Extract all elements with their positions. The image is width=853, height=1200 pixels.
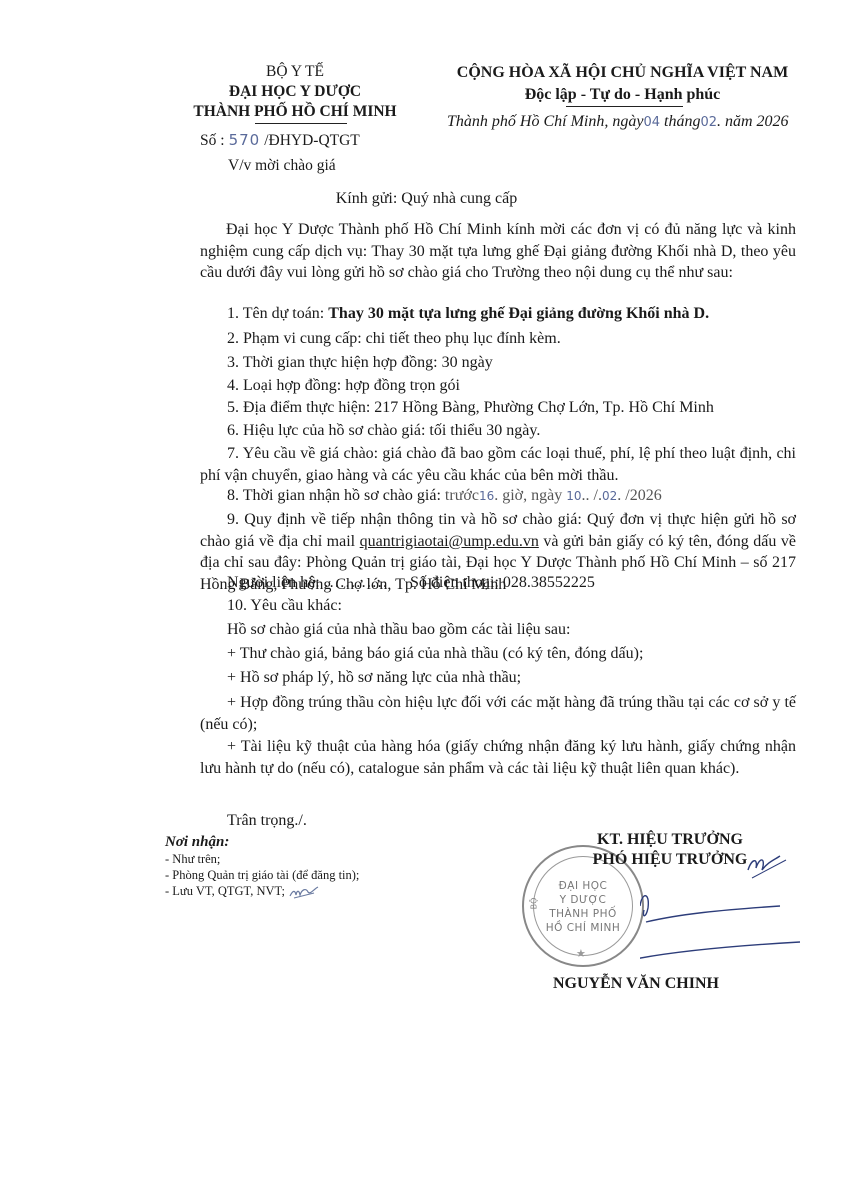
issuer-block: BỘ Y TẾ ĐẠI HỌC Y DƯỢC THÀNH PHỐ HỒ CHÍ … bbox=[170, 62, 420, 122]
salutation: Kính gửi: Quý nhà cung cấp bbox=[0, 190, 853, 208]
closing: Trân trọng./. bbox=[227, 812, 307, 830]
issuer-underline bbox=[255, 123, 347, 124]
document-number: Số :570/ĐHYD-QTGT bbox=[200, 131, 360, 150]
number-suffix: /ĐHYD-QTGT bbox=[264, 132, 360, 149]
document-req-1: + Thư chào giá, bảng báo giá của nhà thầ… bbox=[227, 645, 643, 663]
item-4: 4. Loại hợp đồng: hợp đồng trọn gói bbox=[227, 377, 460, 395]
item-1: 1. Tên dự toán: Thay 30 mặt tựa lưng ghế… bbox=[227, 305, 709, 323]
document-req-4: + Tài liệu kỹ thuật của hàng hóa (giấy c… bbox=[200, 736, 796, 779]
stamp-inner-ring: ĐẠI HỌC Y DƯỢC THÀNH PHỐ HỒ CHÍ MINH bbox=[533, 856, 633, 956]
stamp-line-1: ĐẠI HỌC bbox=[534, 879, 632, 893]
intro-paragraph: Đại học Y Dược Thành phố Hồ Chí Minh kín… bbox=[200, 219, 796, 284]
item-8: 8. Thời gian nhận hồ sơ chào giá: trước1… bbox=[227, 487, 662, 505]
month-label: tháng bbox=[664, 113, 700, 130]
university-name-line2-text: THÀNH PHỐ HỒ CHÍ MINH bbox=[193, 103, 396, 120]
stamp-text: ĐẠI HỌC Y DƯỢC THÀNH PHỐ HỒ CHÍ MINH bbox=[534, 879, 632, 935]
item-5: 5. Địa điểm thực hiện: 217 Hồng Bàng, Ph… bbox=[227, 399, 714, 417]
document-req-3: + Hợp đồng trúng thầu còn hiệu lực đối v… bbox=[200, 692, 796, 735]
item-2: 2. Phạm vi cung cấp: chi tiết theo phụ l… bbox=[227, 330, 561, 348]
recipient-line: - Như trên; bbox=[165, 851, 359, 867]
deadline-year: /2026 bbox=[625, 487, 661, 504]
item-6: 6. Hiệu lực của hồ sơ chào giá: tối thiể… bbox=[227, 422, 540, 440]
signature-title-line1: KT. HIỆU TRƯỞNG bbox=[550, 830, 790, 850]
handwritten-signature-icon bbox=[640, 848, 830, 968]
number-label: Số : bbox=[200, 132, 225, 149]
handwritten-month: 02 bbox=[700, 115, 717, 130]
recipient-line-text: - Lưu VT, QTGT, NVT; bbox=[165, 884, 285, 898]
star-icon: ★ bbox=[576, 947, 586, 960]
item-10: 10. Yêu cầu khác: bbox=[227, 597, 342, 615]
item-8-before: trước bbox=[445, 487, 479, 504]
motto-underline bbox=[566, 106, 683, 107]
handwritten-hour: 16 bbox=[479, 489, 494, 503]
national-header: CỘNG HÒA XÃ HỘI CHỦ NGHĨA VIỆT NAM Độc l… bbox=[430, 62, 815, 106]
stamp-line-3: THÀNH PHỐ bbox=[534, 907, 632, 921]
recipient-line: - Lưu VT, QTGT, NVT; bbox=[165, 883, 359, 899]
hour-label: . giờ, ngày bbox=[494, 487, 566, 504]
date-prefix: Thành phố Hồ Chí Minh, ngày bbox=[447, 113, 643, 130]
phone-number: Số điện thoại: 028.38552225 bbox=[410, 574, 595, 592]
date-line: Thành phố Hồ Chí Minh, ngày04 tháng02. n… bbox=[447, 113, 789, 131]
handwritten-number: 570 bbox=[225, 131, 265, 149]
contact-person: Người liên hệ: ………… bbox=[227, 574, 388, 592]
item-3: 3. Thời gian thực hiện hợp đồng: 30 ngày bbox=[227, 354, 493, 372]
document-req-2: + Hồ sơ pháp lý, hồ sơ năng lực của nhà … bbox=[227, 669, 521, 687]
item-7: 7. Yêu cầu về giá chào: giá chào đã bao … bbox=[200, 443, 796, 486]
ministry-name: BỘ Y TẾ bbox=[170, 62, 420, 82]
recipient-line: - Phòng Quản trị giáo tài (để đăng tin); bbox=[165, 867, 359, 883]
initials-signature-icon bbox=[288, 885, 320, 899]
item-8-label: 8. Thời gian nhận hồ sơ chào giá: bbox=[227, 487, 445, 504]
recipients-block: Nơi nhận: - Như trên; - Phòng Quản trị g… bbox=[165, 834, 359, 899]
country-name: CỘNG HÒA XÃ HỘI CHỦ NGHĨA VIỆT NAM bbox=[430, 62, 815, 84]
subject-line: V/v mời chào giá bbox=[228, 157, 336, 175]
handwritten-month-deadline: 02 bbox=[602, 489, 617, 503]
university-name-line1: ĐẠI HỌC Y DƯỢC bbox=[170, 82, 420, 102]
item-1-label: 1. Tên dự toán: bbox=[227, 305, 328, 322]
item-1-value: Thay 30 mặt tựa lưng ghế Đại giảng đường… bbox=[328, 305, 709, 322]
recipients-heading: Nơi nhận: bbox=[165, 834, 359, 850]
handwritten-day-deadline: 10 bbox=[566, 489, 581, 503]
year-label: năm 2026 bbox=[725, 113, 789, 130]
stamp-line-2: Y DƯỢC bbox=[534, 893, 632, 907]
signer-name: NGUYỄN VĂN CHINH bbox=[553, 975, 719, 993]
documents-intro: Hồ sơ chào giá của nhà thầu bao gồm các … bbox=[227, 621, 570, 639]
intro-text: Đại học Y Dược Thành phố Hồ Chí Minh kín… bbox=[200, 219, 796, 284]
stamp-line-4: HỒ CHÍ MINH bbox=[534, 921, 632, 935]
stamp-edge-text: BỘ bbox=[529, 898, 538, 910]
university-name-line2: THÀNH PHỐ HỒ CHÍ MINH bbox=[193, 102, 396, 122]
handwritten-day: 04 bbox=[643, 115, 660, 130]
national-motto: Độc lập - Tự do - Hạnh phúc bbox=[430, 84, 815, 106]
email-link[interactable]: quantrigiaotai@ump.edu.vn bbox=[360, 533, 539, 550]
